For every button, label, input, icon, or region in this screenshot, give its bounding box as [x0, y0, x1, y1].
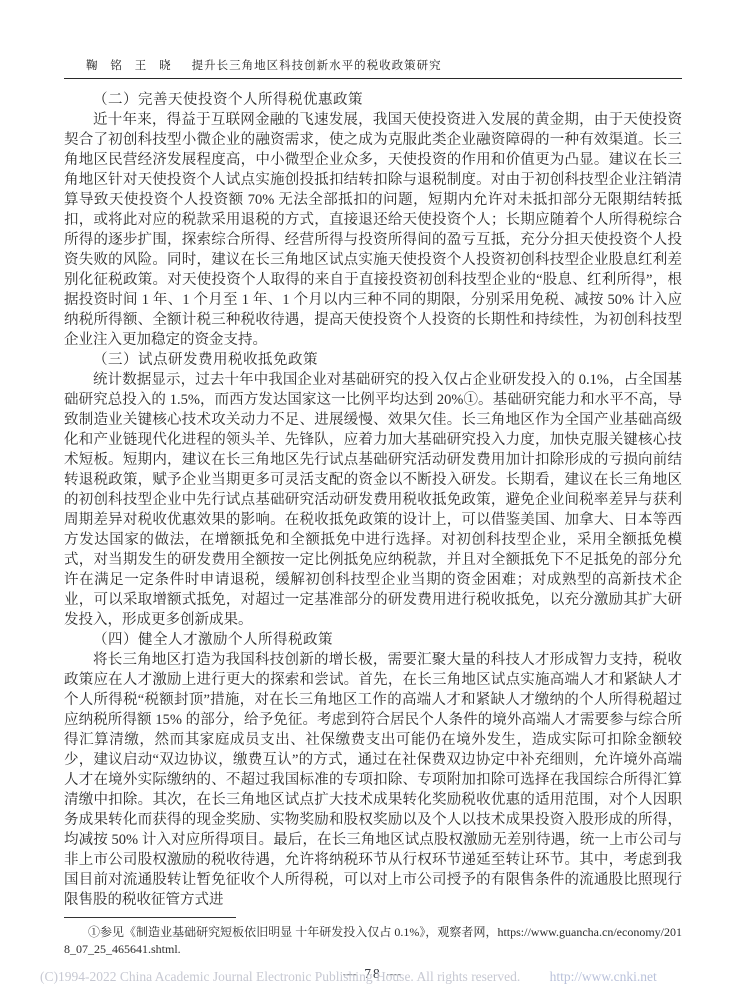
section-heading-3: （三）试点研发费用税收抵免政策: [64, 350, 682, 370]
cnki-url: http://www.cnki.net: [550, 969, 657, 984]
section-4-paragraph: 将长三角地区打造为我国科技创新的增长极，需要汇聚大量的科技人才形成智力支持，税收…: [64, 650, 682, 910]
header-rule: [64, 78, 682, 79]
section-2-paragraph: 近十年来，得益于互联网金融的飞速发展，我国天使投资进入发展的黄金期，由于天使投资…: [64, 110, 682, 350]
journal-page: 鞠 铭 王 晓 提升长三角地区科技创新水平的税收政策研究 （二）完善天使投资个人…: [0, 0, 745, 998]
footnote-area: ①参见《制造业基础研究短板依旧明显 十年研发投入仅占 0.1%》，观察者网，ht…: [64, 917, 682, 957]
copyright-text: (C)1994-2022 China Academic Journal Elec…: [40, 969, 520, 984]
page-content: 鞠 铭 王 晓 提升长三角地区科技创新水平的税收政策研究 （二）完善天使投资个人…: [64, 57, 682, 982]
footnote-text: ①参见《制造业基础研究短板依旧明显 十年研发投入仅占 0.1%》，观察者网，ht…: [64, 924, 682, 957]
section-heading-2: （二）完善天使投资个人所得税优惠政策: [64, 90, 682, 110]
running-title: 提升长三角地区科技创新水平的税收政策研究: [192, 57, 442, 73]
section-3-paragraph: 统计数据显示，过去十年中我国企业对基础研究的投入仅占企业研发投入的 0.1%，占…: [64, 370, 682, 630]
cnki-footer: (C)1994-2022 China Academic Journal Elec…: [40, 969, 715, 985]
author-names: 鞠 铭 王 晓: [86, 57, 176, 73]
footnote-divider: [64, 917, 236, 918]
running-head-line: 鞠 铭 王 晓 提升长三角地区科技创新水平的税收政策研究: [64, 57, 682, 73]
section-heading-4: （四）健全人才激励个人所得税政策: [64, 630, 682, 650]
article-body: （二）完善天使投资个人所得税优惠政策 近十年来，得益于互联网金融的飞速发展，我国…: [64, 90, 682, 910]
running-header: 鞠 铭 王 晓 提升长三角地区科技创新水平的税收政策研究: [64, 57, 682, 79]
